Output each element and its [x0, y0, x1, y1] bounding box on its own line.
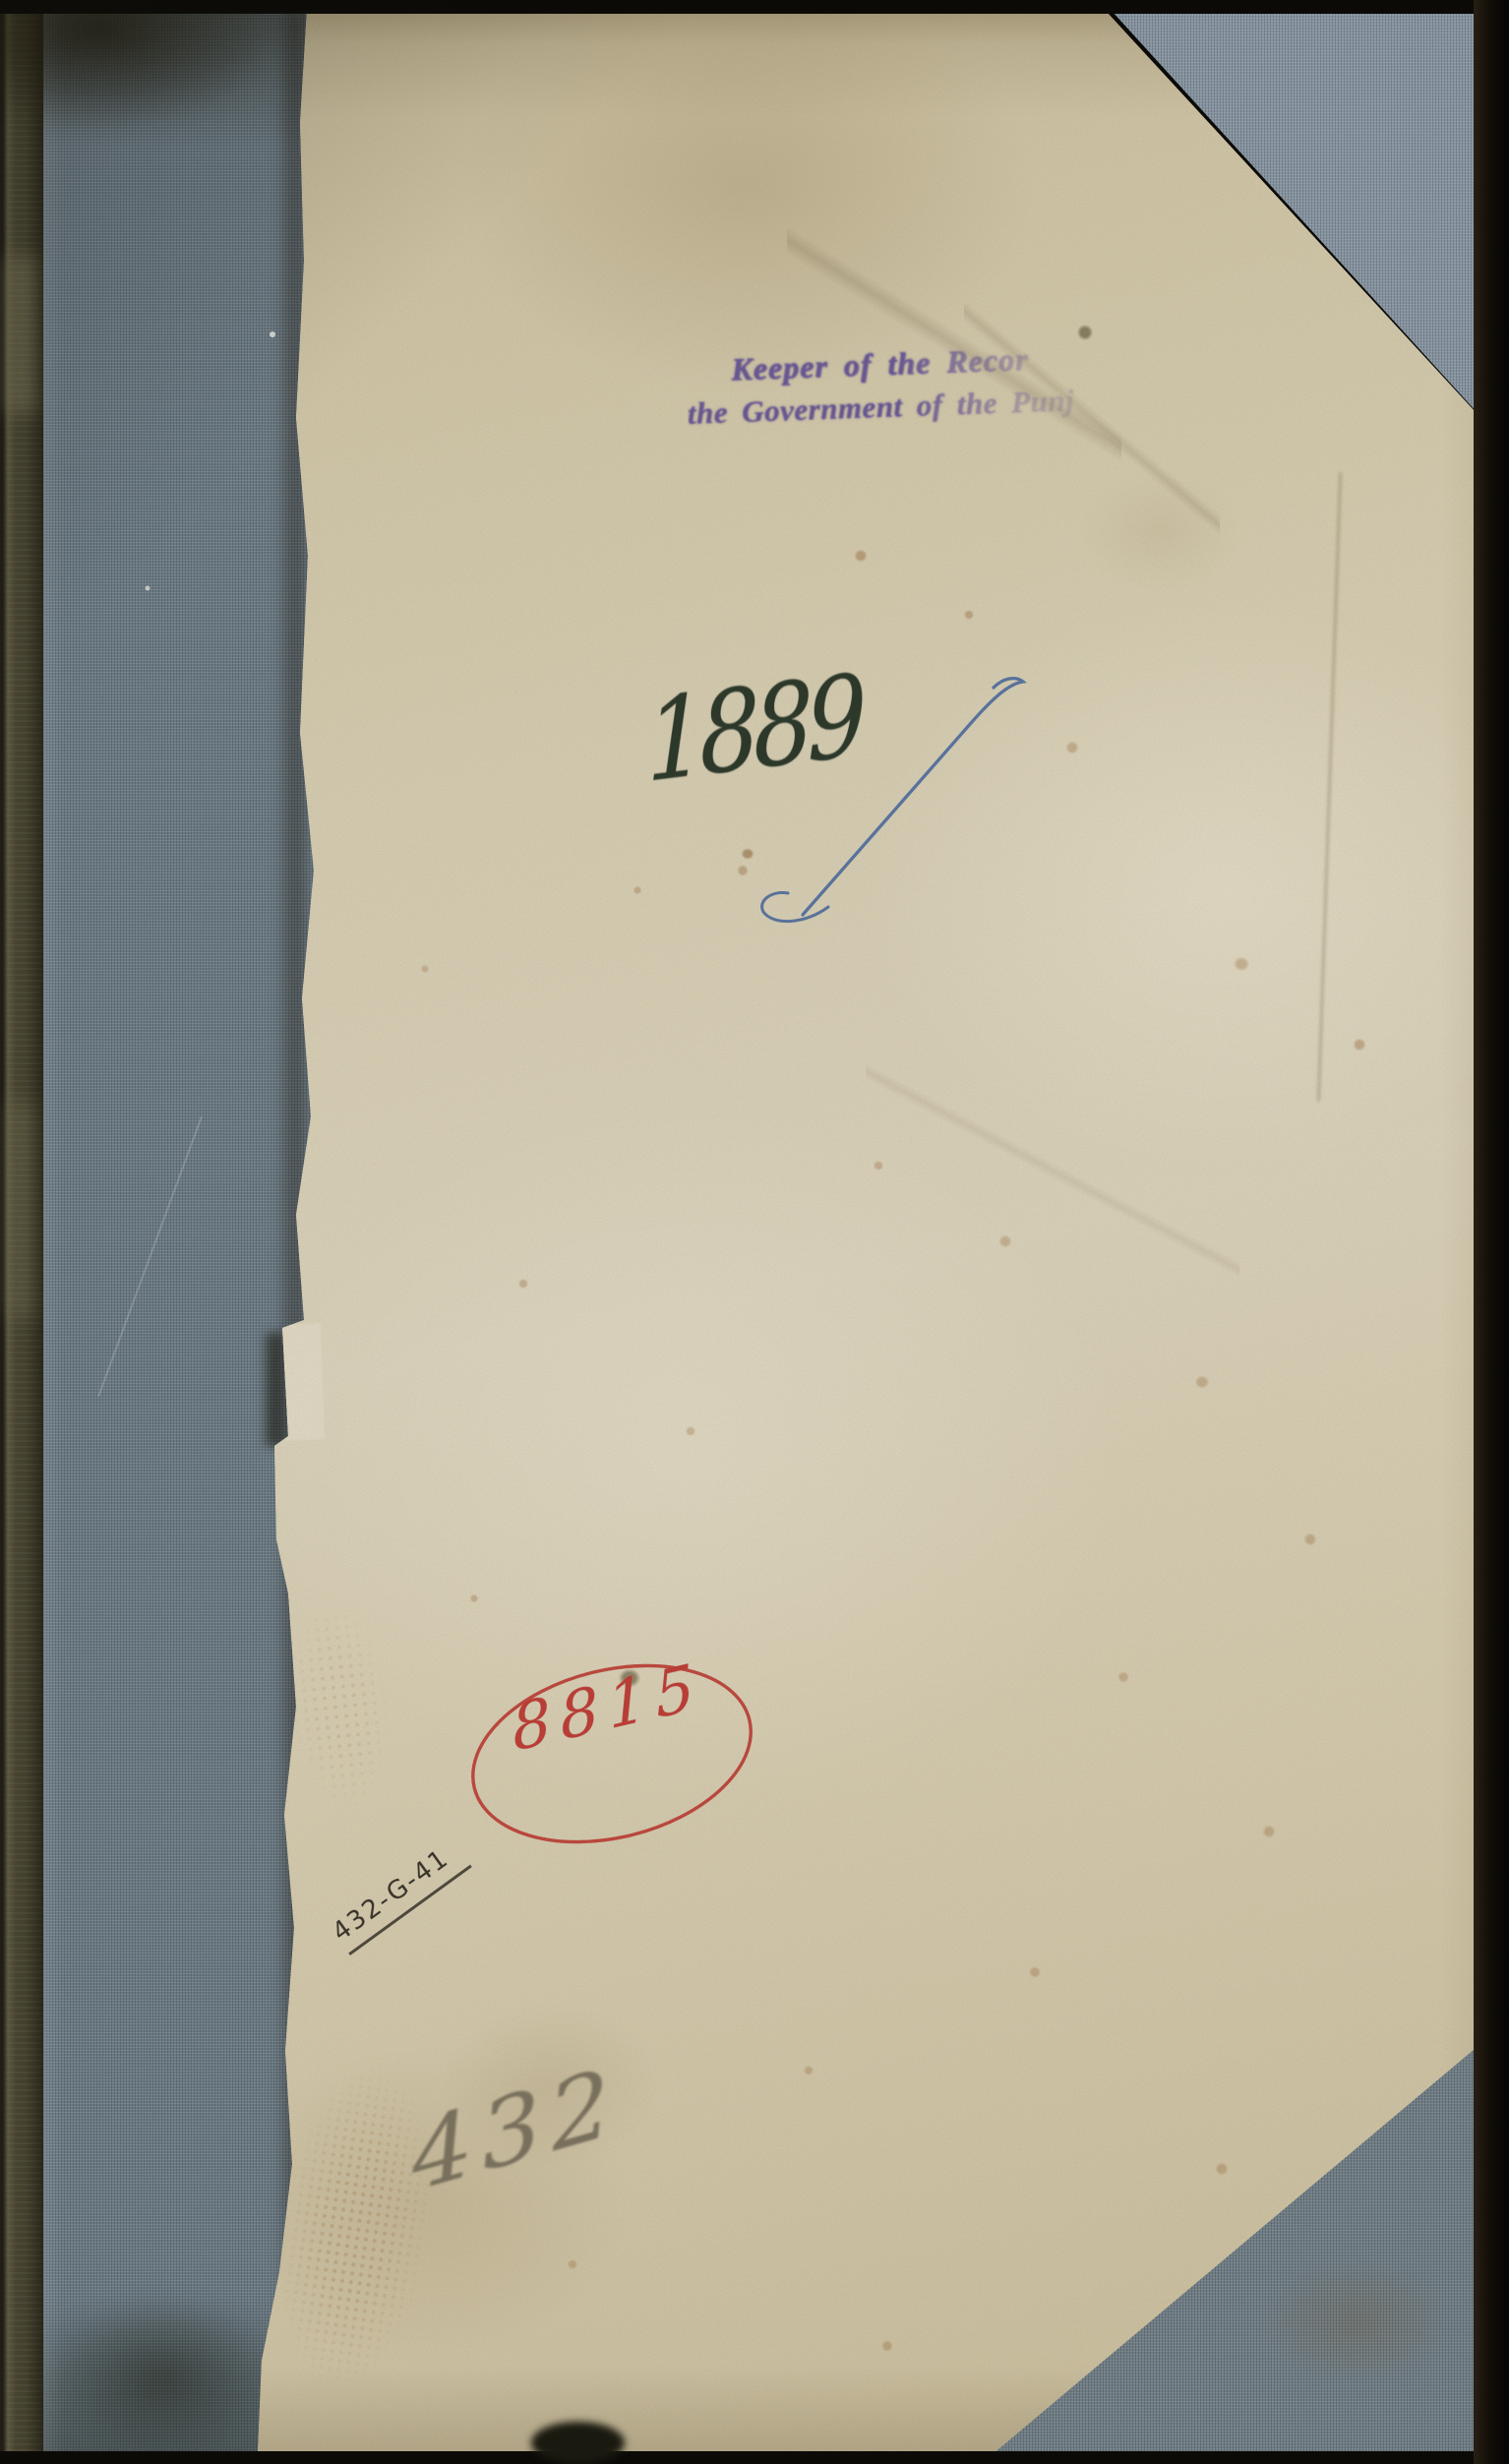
- photo-edge-bottom: [0, 2451, 1509, 2464]
- blue-pen-flourish: [803, 679, 1023, 915]
- photo-edge-top: [0, 0, 1509, 14]
- dark-blob-bottom-edge: [531, 2422, 625, 2464]
- white-speck: [270, 331, 275, 337]
- ledger-cover-photo: Keeper of the Recor the Government of th…: [0, 0, 1509, 2464]
- scratch-line: [98, 1116, 202, 1397]
- photo-edge-right: [1474, 0, 1509, 2464]
- white-speck: [146, 586, 151, 591]
